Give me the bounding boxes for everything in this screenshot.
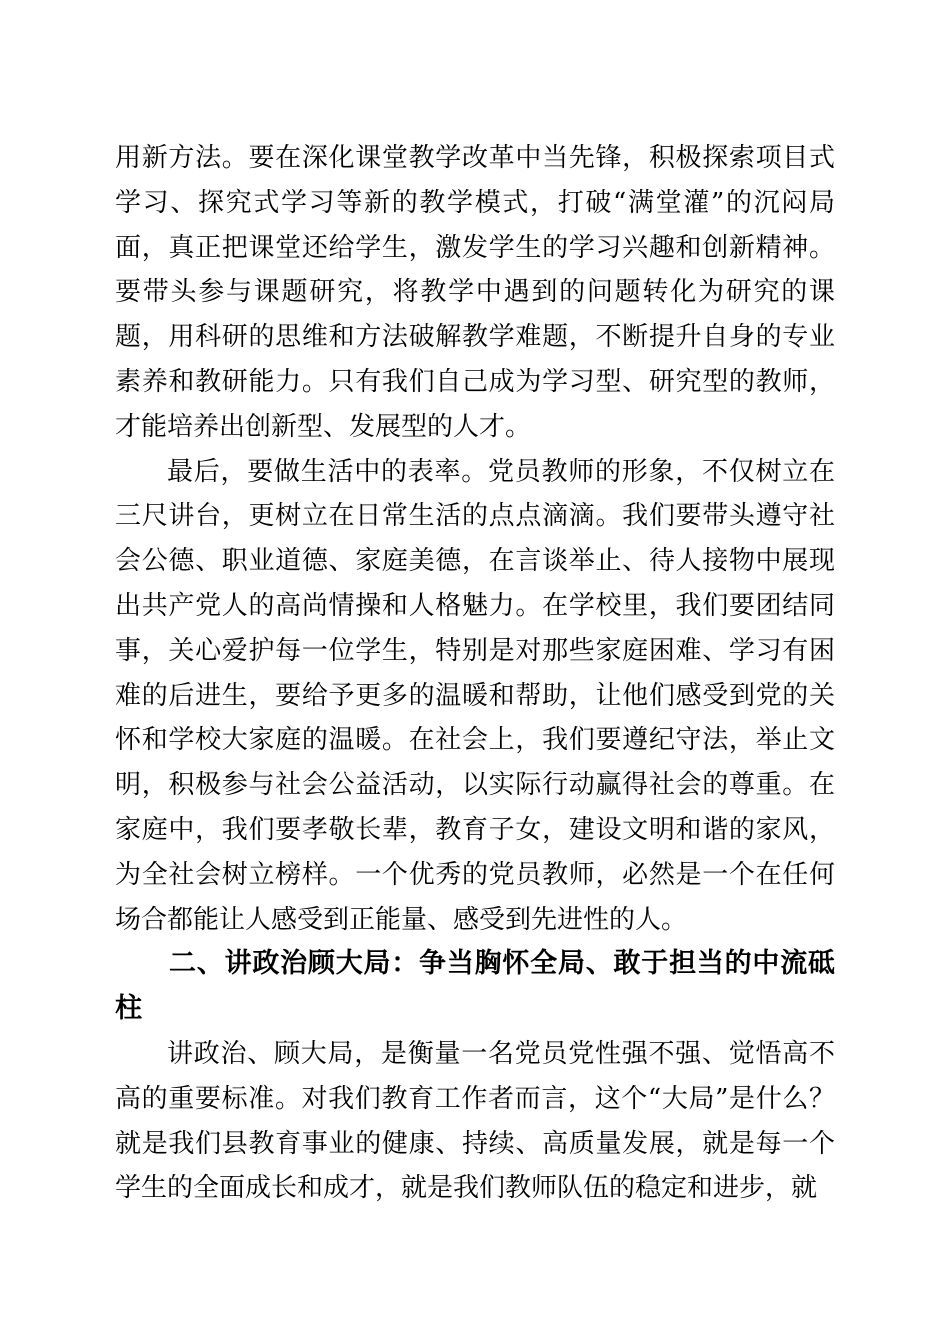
body-paragraph-politics: 讲政治、顾大局，是衡量一名党员党性强不强、觉悟高不高的重要标准。对我们教育工作者… [115,1032,835,1211]
body-paragraph-lifestyle-example: 最后，要做生活中的表率。党员教师的形象，不仅树立在三尺讲台，更树立在日常生活的点… [115,450,835,943]
body-paragraph-continuation: 用新方法。要在深化课堂教学改革中当先锋，积极探索项目式学习、探究式学习等新的教学… [115,136,835,450]
document-page: 用新方法。要在深化课堂教学改革中当先锋，积极探索项目式学习、探究式学习等新的教学… [0,0,950,1344]
section-heading-two: 二、讲政治顾大局：争当胸怀全局、敢于担当的中流砥柱 [115,942,835,1032]
